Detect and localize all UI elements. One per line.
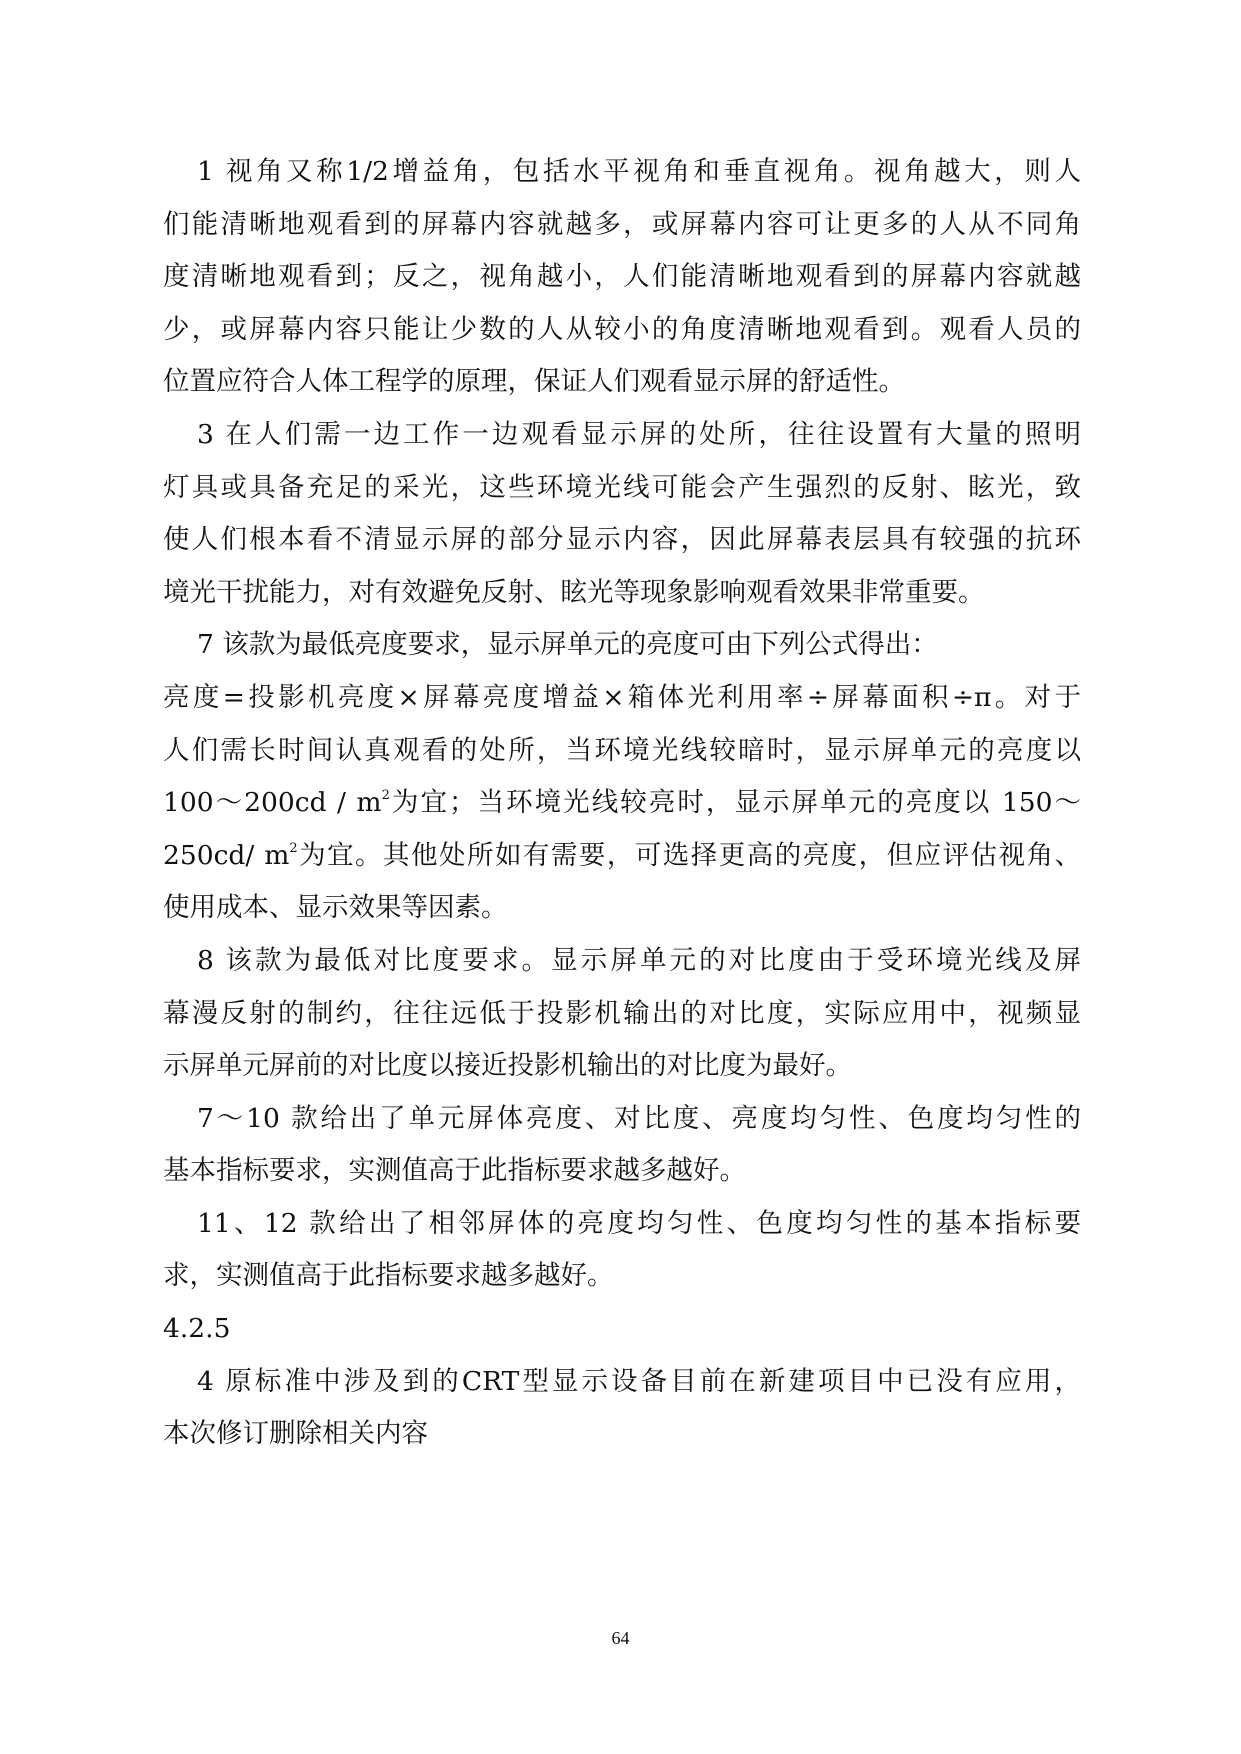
paragraph-3-line-3: 使人们根本看不清显示屏的部分显示内容，因此屏幕表层具有较强的抗环 (163, 514, 1081, 567)
paragraph-7-line-5-tail: 为宜。其他处所如有需要，可选择更高的亮度，但应评估视角、 (298, 840, 1081, 871)
paragraph-4-line-2: 本次修订删除相关内容 (163, 1408, 1081, 1461)
paragraph-11-12-line-2: 求，实测值高于此指标要求越多越好。 (163, 1250, 1081, 1303)
paragraph-3-line-4: 境光干扰能力，对有效避免反射、眩光等现象影响观看效果非常重要。 (163, 567, 1081, 620)
paragraph-1-line-3: 度清晰地观看到；反之，视角越小，人们能清晰地观看到的屏幕内容就越 (163, 251, 1081, 304)
luminance-range-bright: 250cd/ m (163, 840, 289, 871)
paragraph-1-line-5: 位置应符合人体工程学的原理，保证人们观看显示屏的舒适性。 (163, 356, 1081, 409)
paragraph-7-10-line-1: 7～10 款给出了单元屏体亮度、对比度、亮度均匀性、色度均匀性的 (163, 1093, 1081, 1146)
paragraph-8-line-1: 8 该款为最低对比度要求。显示屏单元的对比度由于受环境光线及屏 (163, 935, 1081, 988)
paragraph-7-line-4-tail: 为宜；当环境光线较亮时，显示屏单元的亮度以 150～ (390, 787, 1081, 818)
paragraph-1-line-1: 1 视角又称1/2增益角，包括水平视角和垂直视角。视角越大，则人 (163, 146, 1081, 199)
paragraph-7-line-5: 250cd/ m2为宜。其他处所如有需要，可选择更高的亮度，但应评估视角、 (163, 830, 1081, 883)
section-heading-4-2-5: 4.2.5 (163, 1303, 1081, 1356)
paragraph-3-line-2: 灯具或具备充足的采光，这些环境光线可能会产生强烈的反射、眩光，致 (163, 462, 1081, 515)
paragraph-1-line-4: 少，或屏幕内容只能让少数的人从较小的角度清晰地观看到。观看人员的 (163, 304, 1081, 357)
document-page: 1 视角又称1/2增益角，包括水平视角和垂直视角。视角越大，则人 们能清晰地观看… (0, 0, 1241, 1754)
superscript-2: 2 (289, 841, 297, 856)
luminance-range-dark: 100～200cd / m (163, 787, 382, 818)
paragraph-8-line-3: 示屏单元屏前的对比度以接近投影机输出的对比度为最好。 (163, 1040, 1081, 1093)
paragraph-4-line-1: 4 原标准中涉及到的CRT型显示设备目前在新建项目中已没有应用， (163, 1356, 1081, 1409)
paragraph-7-line-2: 亮度=投影机亮度×屏幕亮度增益×箱体光利用率÷屏幕面积÷π。对于 (163, 672, 1081, 725)
paragraph-3-line-1: 3 在人们需一边工作一边观看显示屏的处所，往往设置有大量的照明 (163, 409, 1081, 462)
paragraph-7-line-1: 7 该款为最低亮度要求，显示屏单元的亮度可由下列公式得出： (163, 619, 1081, 672)
paragraph-7-line-6: 使用成本、显示效果等因素。 (163, 882, 1081, 935)
body-text: 1 视角又称1/2增益角，包括水平视角和垂直视角。视角越大，则人 们能清晰地观看… (163, 146, 1081, 1461)
page-number: 64 (0, 1628, 1241, 1649)
paragraph-7-line-4: 100～200cd / m2为宜；当环境光线较亮时，显示屏单元的亮度以 150～ (163, 777, 1081, 830)
paragraph-8-line-2: 幕漫反射的制约，往往远低于投影机输出的对比度，实际应用中，视频显 (163, 988, 1081, 1041)
paragraph-7-line-3: 人们需长时间认真观看的处所，当环境光线较暗时，显示屏单元的亮度以 (163, 725, 1081, 778)
paragraph-11-12-line-1: 11、12 款给出了相邻屏体的亮度均匀性、色度均匀性的基本指标要 (163, 1198, 1081, 1251)
paragraph-7-10-line-2: 基本指标要求，实测值高于此指标要求越多越好。 (163, 1145, 1081, 1198)
superscript-2: 2 (382, 788, 390, 803)
paragraph-1-line-2: 们能清晰地观看到的屏幕内容就越多，或屏幕内容可让更多的人从不同角 (163, 199, 1081, 252)
